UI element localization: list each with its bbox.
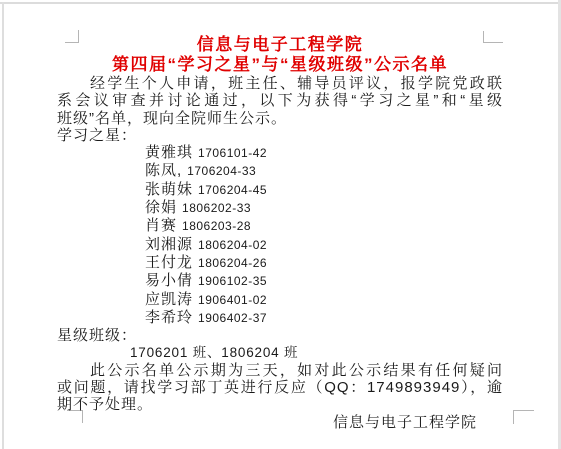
student-id: 1906102-35 xyxy=(198,274,267,288)
student-row: 陈凤,1706204-33 xyxy=(145,162,503,180)
student-row: 刘湘源1806204-02 xyxy=(145,236,503,254)
student-row: 王付龙1806204-26 xyxy=(145,254,503,272)
student-name: 陈凤, xyxy=(145,162,182,179)
student-id: 1906402-37 xyxy=(198,311,267,325)
student-id: 1806204-26 xyxy=(198,256,267,270)
page-edge-left-line xyxy=(2,2,4,449)
section-label-star-class: 星级班级： xyxy=(57,327,503,344)
star-class-line: 1706201 班、1806204 班 xyxy=(130,344,503,361)
document-page: 信息与电子工程学院 第四届“学习之星”与“星级班级”公示名单 经学生个人申请，班… xyxy=(0,0,561,449)
student-row: 李希玲1906402-37 xyxy=(145,309,503,327)
student-row: 肖赛1806203-28 xyxy=(145,217,503,235)
student-name: 黄雅琪 xyxy=(145,144,193,161)
student-id: 1706204-33 xyxy=(187,164,256,178)
student-id: 1906401-02 xyxy=(198,293,267,307)
page-edge-top-line xyxy=(0,2,561,4)
student-row: 张萌妹1706204-45 xyxy=(145,181,503,199)
student-name: 易小倩 xyxy=(145,272,193,289)
student-row: 黄雅琪1706101-42 xyxy=(145,144,503,162)
student-id: 1806204-02 xyxy=(198,238,267,252)
notice-line-1: 此公示名单公示期为三天，如对此公示结果有任何疑问 xyxy=(57,362,503,379)
signature-line: 信息与电子工程学院 xyxy=(57,414,503,431)
student-row: 应凯涛1906401-02 xyxy=(145,291,503,309)
student-name: 刘湘源 xyxy=(145,236,193,253)
doc-title-line1: 信息与电子工程学院 xyxy=(57,35,503,55)
margin-mark-bottom-right-icon xyxy=(513,410,534,424)
student-id: 1806203-28 xyxy=(182,219,251,233)
section-label-study-star: 学习之星： xyxy=(57,127,503,144)
student-name: 徐娟 xyxy=(145,199,177,216)
intro-line-1: 经学生个人申请，班主任、辅导员评议，报学院党政联 xyxy=(57,75,503,92)
doc-title-line2: 第四届“学习之星”与“星级班级”公示名单 xyxy=(57,55,503,75)
student-row: 徐娟1806202-33 xyxy=(145,199,503,217)
student-name: 应凯涛 xyxy=(145,291,193,308)
student-name: 李希玲 xyxy=(145,309,193,326)
study-star-list: 黄雅琪1706101-42 陈凤,1706204-33 张萌妹1706204-4… xyxy=(145,144,503,327)
notice-line-3: 期不予处理。 xyxy=(57,396,503,413)
student-id: 1706204-45 xyxy=(198,183,267,197)
student-id: 1806202-33 xyxy=(182,201,251,215)
student-name: 肖赛 xyxy=(145,217,177,234)
notice-line-2: 或问题，请找学习部丁英进行反应（QQ：1749893949），逾 xyxy=(57,379,503,396)
student-row: 易小倩1906102-35 xyxy=(145,272,503,290)
document-body: 信息与电子工程学院 第四届“学习之星”与“星级班级”公示名单 经学生个人申请，班… xyxy=(57,35,503,431)
intro-line-3: 班级”名单，现向全院师生公示。 xyxy=(57,110,503,127)
intro-line-2: 系会议审查并讨论通过，以下为获得“学习之星”和“星级 xyxy=(57,92,503,109)
student-name: 张萌妹 xyxy=(145,181,193,198)
student-name: 王付龙 xyxy=(145,254,193,271)
student-id: 1706101-42 xyxy=(198,146,267,160)
